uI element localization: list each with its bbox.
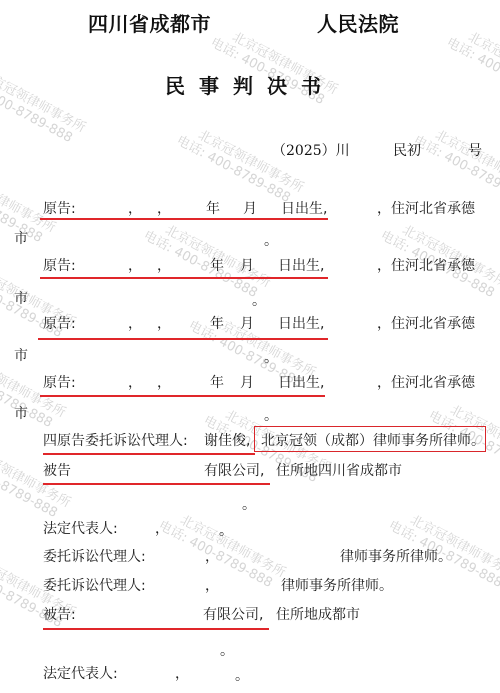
defendant-company: 有限公司,	[204, 462, 264, 480]
plaintiff-label: 原告:	[43, 315, 76, 333]
city-text: 市	[14, 290, 28, 308]
defendant-label: 被告:	[43, 606, 76, 624]
case-number-year: （2025）川	[272, 140, 350, 160]
court-name-part1: 四川省成都市	[88, 8, 211, 37]
court-name-part2: 人民法院	[317, 8, 399, 37]
birth-text: 日出生,	[278, 374, 324, 392]
defendant-address: 住所地四川省成都市	[276, 462, 402, 480]
period: 。	[242, 494, 256, 514]
city-text: 市	[14, 405, 28, 423]
comma: ，	[157, 257, 171, 275]
period: 。	[235, 665, 249, 685]
document-title: 民事判决书	[0, 70, 500, 99]
agent-label: 委托诉讼代理人:	[43, 548, 146, 566]
city-text: 市	[14, 347, 28, 365]
comma: ，	[175, 665, 189, 683]
comma: ，	[205, 548, 219, 566]
case-number-suffix: 号	[468, 140, 482, 160]
agent-firm: 律师事务所律师。	[281, 577, 393, 595]
period: 。	[264, 230, 278, 250]
plaintiff-label: 原告:	[43, 200, 76, 218]
agent-label: 委托诉讼代理人:	[43, 577, 146, 595]
period: 。	[220, 640, 234, 660]
comma: ，	[128, 374, 142, 392]
month-text: 月	[240, 374, 254, 392]
case-number-mid: 民初	[393, 140, 421, 160]
city-text: 市	[14, 230, 28, 248]
birth-text: 日出生,	[281, 200, 327, 218]
red-underline	[43, 628, 269, 630]
month-text: 月	[243, 200, 257, 218]
defendant-label: 被告	[43, 462, 71, 480]
red-underline	[40, 395, 325, 397]
red-underline	[43, 483, 270, 485]
birth-text: 日出生,	[278, 257, 324, 275]
period: 。	[264, 405, 278, 425]
agent-label: 四原告委托诉讼代理人:	[43, 432, 188, 450]
defendant-address: 住所地成都市	[276, 606, 360, 624]
red-underline	[40, 277, 328, 279]
comma: ，	[157, 374, 171, 392]
month-text: 月	[240, 257, 254, 275]
legal-rep-label: 法定代表人:	[43, 665, 118, 683]
judgment-page: 北京冠领律师事务所电话: 400-8789-888 北京冠领律师事务所电话: 4…	[0, 0, 500, 693]
month-text: 月	[240, 315, 254, 333]
year-text: 年	[210, 374, 224, 392]
comma: ，	[205, 577, 219, 595]
red-underline	[43, 453, 255, 455]
comma: ，	[157, 200, 171, 218]
address-text: ，住河北省承德	[377, 315, 475, 333]
period: 。	[264, 347, 278, 367]
comma: ，	[155, 520, 169, 538]
defendant-company: 有限公司,	[203, 606, 263, 624]
comma: ，	[128, 200, 142, 218]
agent-name: 谢佳俊,	[204, 432, 250, 450]
watermark: 北京冠领律师事务所电话: 400-8789-888	[156, 505, 288, 594]
red-underline	[40, 218, 328, 220]
watermark: 北京冠领律师事务所电话: 400-8789-888	[174, 120, 306, 209]
year-text: 年	[206, 200, 220, 218]
year-text: 年	[210, 257, 224, 275]
period: 。	[252, 290, 266, 310]
comma: ，	[128, 315, 142, 333]
comma: ，	[157, 315, 171, 333]
plaintiff-label: 原告:	[43, 374, 76, 392]
period: 。	[219, 520, 233, 540]
plaintiff-label: 原告:	[43, 257, 76, 275]
comma: ，	[128, 257, 142, 275]
red-underline	[38, 338, 328, 340]
address-text: ，住河北省承德	[377, 200, 475, 218]
agent-firm: 律师事务所律师。	[340, 548, 452, 566]
watermark: 北京冠领律师事务所电话: 400-8789-888	[411, 120, 500, 209]
year-text: 年	[210, 315, 224, 333]
birth-text: 日出生,	[278, 315, 324, 333]
legal-rep-label: 法定代表人:	[43, 520, 118, 538]
address-text: ，住河北省承德	[377, 374, 475, 392]
red-highlight-box	[254, 426, 486, 452]
address-text: ，住河北省承德	[377, 257, 475, 275]
